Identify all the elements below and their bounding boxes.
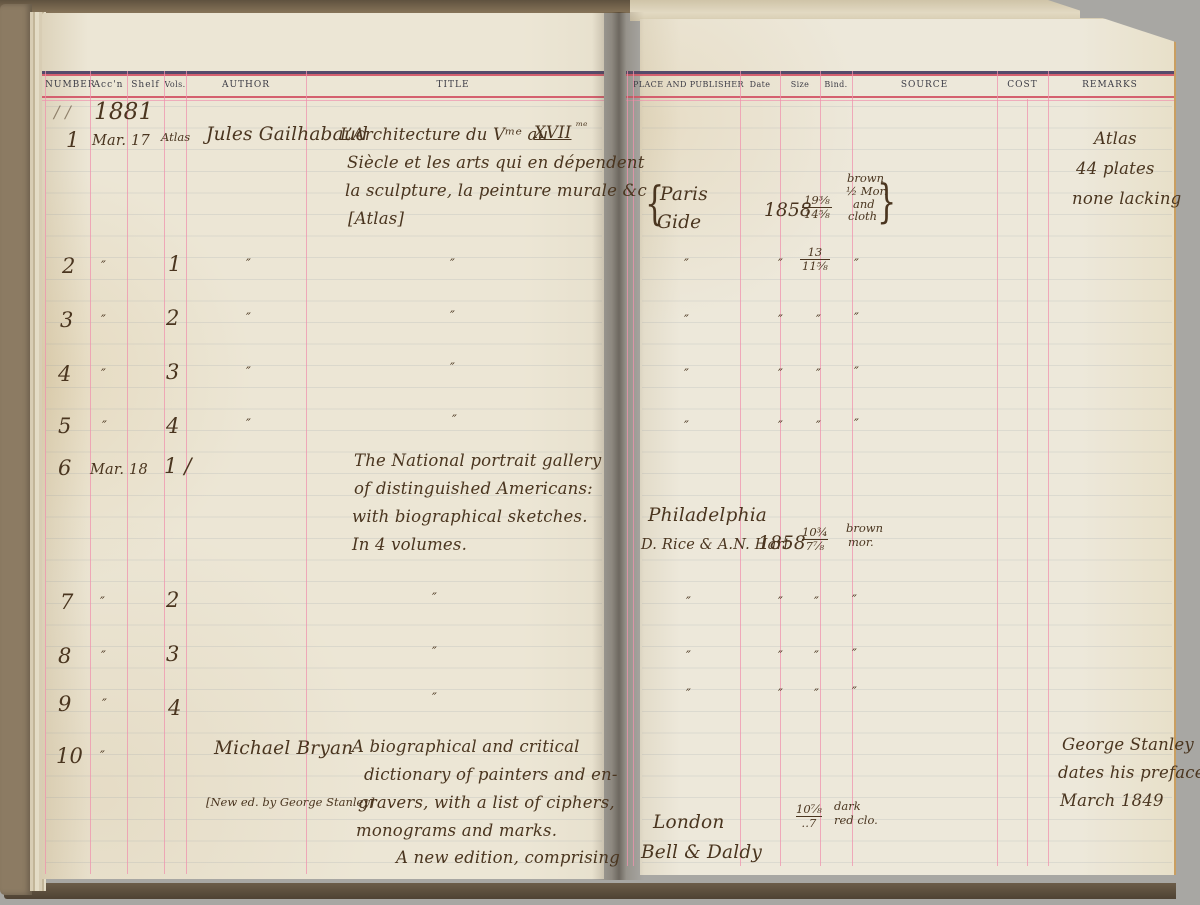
e3-number: 3 bbox=[60, 308, 74, 332]
e5-number: 5 bbox=[58, 414, 72, 438]
e1-remarks-line3: none lacking bbox=[1072, 190, 1181, 209]
e7-size-ditto: ″ bbox=[814, 596, 818, 611]
e2-number: 2 bbox=[62, 254, 76, 278]
e9-number: 9 bbox=[58, 692, 72, 716]
e1-title-line2: Siècle et les arts qui en dépendent bbox=[347, 154, 645, 173]
e8-vols: 3 bbox=[166, 642, 180, 666]
e3-vols: 2 bbox=[166, 306, 180, 330]
e3-bind-ditto: ″ bbox=[854, 312, 858, 327]
e9-vols: 4 bbox=[168, 696, 182, 720]
column-header-cost: COST bbox=[997, 80, 1048, 90]
e6-number: 6 bbox=[58, 456, 72, 480]
e7-vols: 2 bbox=[166, 588, 180, 612]
e10-publisher: Bell & Daldy bbox=[641, 842, 762, 863]
e10-title-line3: gravers, with a list of ciphers, bbox=[358, 794, 615, 813]
e9-place-ditto: ″ bbox=[686, 688, 690, 703]
e4-place-ditto: ″ bbox=[684, 368, 688, 383]
e1-title-line3: la sculpture, la peinture murale &c bbox=[345, 182, 647, 201]
e4-bind-ditto: ″ bbox=[854, 366, 858, 381]
book-cover-top-edge bbox=[0, 0, 630, 13]
e10-title-line1: A biographical and critical bbox=[352, 738, 580, 757]
e1-remarks-line1: Atlas bbox=[1094, 130, 1137, 149]
e6-date: 1858 bbox=[758, 533, 806, 554]
photo-backdrop: NUMBER Acc'n Shelf Vols. AUTHOR TITLE PL… bbox=[0, 0, 1200, 905]
e10-bind-line2: red clo. bbox=[834, 814, 878, 827]
e10-title-line5: A new edition, comprising bbox=[396, 849, 620, 868]
e2-date-ditto: ″ bbox=[778, 258, 782, 273]
e3-date-ditto: ″ bbox=[778, 314, 782, 329]
e5-author-ditto: ″ bbox=[246, 418, 250, 433]
book-cover-bottom-edge bbox=[4, 883, 1184, 899]
column-header-date: Date bbox=[740, 80, 780, 89]
e9-bind-ditto: ″ bbox=[852, 686, 856, 701]
column-header-author: AUTHOR bbox=[186, 80, 306, 90]
column-header-shelf: Shelf bbox=[127, 80, 164, 90]
e2-place-ditto: ″ bbox=[684, 258, 688, 273]
e6-title-line1: The National portrait gallery bbox=[354, 452, 601, 471]
e6-title-line4: In 4 volumes. bbox=[352, 536, 467, 555]
e6-title-line3: with biographical sketches. bbox=[352, 508, 588, 527]
e5-title-ditto: ″ bbox=[452, 414, 456, 429]
e1-bind-line4: cloth bbox=[848, 210, 877, 223]
e3-title-ditto: ″ bbox=[450, 310, 454, 325]
e1-title-sup: ᵐᵉ bbox=[576, 120, 588, 133]
e5-place-ditto: ″ bbox=[684, 420, 688, 435]
e2-title-ditto: ″ bbox=[450, 258, 454, 273]
ledger-book: NUMBER Acc'n Shelf Vols. AUTHOR TITLE PL… bbox=[0, 0, 1200, 905]
e2-vols: 1 bbox=[168, 252, 182, 276]
e2-accn-ditto: ″ bbox=[101, 260, 105, 275]
e10-number: 10 bbox=[56, 744, 83, 768]
e6-bind-line1: brown bbox=[846, 522, 883, 535]
e4-author-ditto: ″ bbox=[246, 366, 250, 381]
e1-number: 1 bbox=[66, 128, 80, 152]
column-header-number: NUMBER bbox=[45, 80, 90, 90]
e6-bind-line2: mor. bbox=[848, 536, 874, 549]
e7-date-ditto: ″ bbox=[778, 596, 782, 611]
e3-place-ditto: ″ bbox=[684, 314, 688, 329]
e7-accn-ditto: ″ bbox=[100, 596, 104, 611]
e10-remarks-line1: George Stanley bbox=[1062, 736, 1194, 755]
e2-size: 1311⅝ bbox=[800, 246, 830, 272]
e10-remarks-line3: March 1849 bbox=[1060, 792, 1164, 811]
e8-number: 8 bbox=[58, 644, 72, 668]
e4-title-ditto: ″ bbox=[450, 362, 454, 377]
e7-number: 7 bbox=[60, 590, 74, 614]
e9-size-ditto: ″ bbox=[814, 688, 818, 703]
column-header-vols: Vols. bbox=[162, 80, 188, 89]
e1-title-roman: XVII bbox=[534, 124, 572, 143]
e9-accn-ditto: ″ bbox=[102, 698, 106, 713]
e6-place: Philadelphia bbox=[648, 505, 767, 526]
e1-bind-brace: } bbox=[877, 178, 896, 224]
e9-date-ditto: ″ bbox=[778, 688, 782, 703]
year-heading: 1881 bbox=[94, 99, 153, 125]
e1-title-line4: [Atlas] bbox=[348, 210, 404, 229]
column-header-accn: Acc'n bbox=[90, 80, 127, 90]
e1-publisher: Gide bbox=[657, 212, 701, 233]
e2-bind-ditto: ″ bbox=[854, 258, 858, 273]
e5-size-ditto: ″ bbox=[816, 420, 820, 435]
column-header-size: Size bbox=[780, 80, 820, 89]
e10-remarks-line2: dates his preface bbox=[1058, 764, 1200, 783]
e1-remarks-line2: 44 plates bbox=[1076, 160, 1155, 179]
e1-title-line1: L’Architecture du Vᵐᵉ au bbox=[340, 126, 548, 145]
e1-place: Paris bbox=[660, 184, 708, 205]
e6-accn: Mar. 18 bbox=[90, 462, 148, 479]
e10-title-line2: dictionary of painters and en- bbox=[364, 766, 618, 785]
e8-accn-ditto: ″ bbox=[101, 650, 105, 665]
e6-title-line2: of distinguished Americans: bbox=[354, 480, 593, 499]
e1-size: 19⅜14⅝ bbox=[802, 194, 832, 220]
e4-number: 4 bbox=[58, 362, 72, 386]
e8-date-ditto: ″ bbox=[778, 650, 782, 665]
e8-title-ditto: ″ bbox=[432, 646, 436, 661]
e1-vols: Atlas bbox=[161, 131, 190, 144]
column-header-bind: Bind. bbox=[820, 80, 852, 89]
e4-accn-ditto: ″ bbox=[101, 368, 105, 383]
e10-bind-line1: dark bbox=[834, 800, 861, 813]
column-header-source: SOURCE bbox=[852, 80, 997, 90]
column-header-place-publisher: PLACE AND PUBLISHER bbox=[633, 80, 740, 89]
e7-title-ditto: ″ bbox=[432, 592, 436, 607]
e3-size-ditto: ″ bbox=[816, 314, 820, 329]
e7-bind-ditto: ″ bbox=[852, 594, 856, 609]
e3-accn-ditto: ″ bbox=[101, 314, 105, 329]
e1-accn: Mar. 17 bbox=[92, 133, 150, 150]
e6-size: 10¾7⅞ bbox=[802, 526, 828, 552]
number-ticks: / / bbox=[54, 104, 71, 123]
e10-size: 10⅞‥7 bbox=[796, 803, 822, 829]
e5-date-ditto: ″ bbox=[778, 420, 782, 435]
e10-accn-ditto: ″ bbox=[100, 750, 104, 765]
e4-size-ditto: ″ bbox=[816, 368, 820, 383]
e6-vols: 1 / bbox=[164, 454, 192, 478]
column-header-title: TITLE bbox=[306, 80, 600, 90]
column-header-remarks: REMARKS bbox=[1048, 80, 1172, 90]
e10-title-line4: monograms and marks. bbox=[356, 822, 557, 841]
e9-title-ditto: ″ bbox=[432, 692, 436, 707]
e5-bind-ditto: ″ bbox=[854, 418, 858, 433]
e7-place-ditto: ″ bbox=[686, 596, 690, 611]
e8-size-ditto: ″ bbox=[814, 650, 818, 665]
e4-vols: 3 bbox=[166, 360, 180, 384]
e3-author-ditto: ″ bbox=[246, 312, 250, 327]
e10-author: Michael Bryan bbox=[214, 738, 353, 759]
e8-place-ditto: ″ bbox=[686, 650, 690, 665]
e5-vols: 4 bbox=[166, 414, 180, 438]
e2-author-ditto: ″ bbox=[246, 258, 250, 273]
e4-date-ditto: ″ bbox=[778, 368, 782, 383]
e8-bind-ditto: ″ bbox=[852, 648, 856, 663]
e5-accn-ditto: ″ bbox=[102, 420, 106, 435]
e10-place: London bbox=[653, 812, 724, 833]
e10-author-note: [New ed. by George Stanley] bbox=[206, 796, 374, 809]
book-cover-left-edge bbox=[0, 4, 32, 895]
